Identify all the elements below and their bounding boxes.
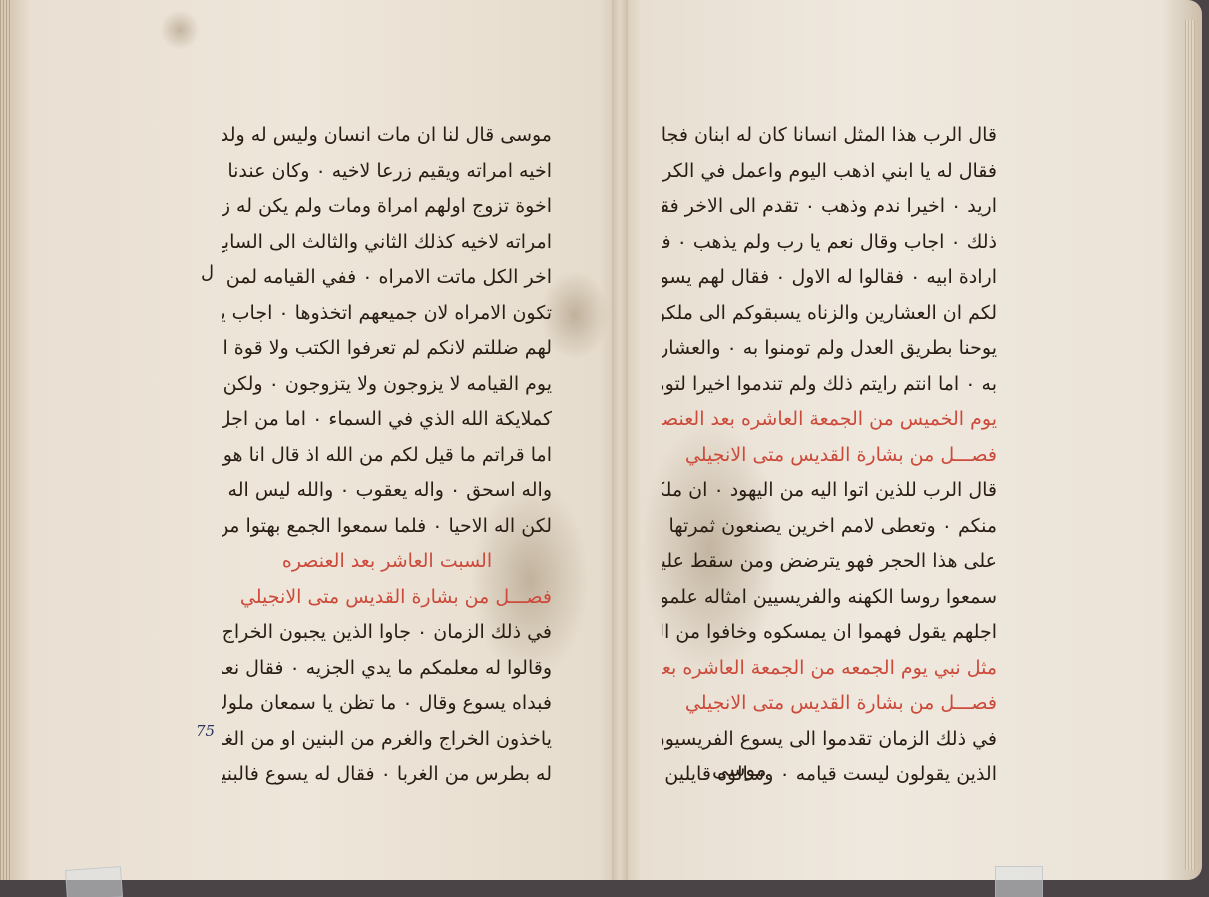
text-line: قال الرب هذا المثل انسانا كان له ابنان ف… [662,118,997,154]
tape-strip [65,866,123,897]
text-line: يوحنا بطريق العدل ولم تومنوا به ۰ والعشا… [662,331,997,367]
text-line: في ذلك الزمان ۰ جاوا الذين يجبون الخراج … [222,615,552,651]
text-line: له بطرس من الغربا ۰ فقال له يسوع فالبنين… [222,757,552,793]
text-line: واله اسحق ۰ واله يعقوب ۰ والله ليس اله ا… [222,473,552,509]
rubric-heading: فصـــل من بشارة القديس متى الانجيلي [662,438,997,474]
tape-strip [995,866,1043,897]
text-line: اخوة تزوج اولهم امراة ومات ولم يكن له زر… [222,189,552,225]
rubric-heading: السبت العاشر بعد العنصره [222,544,552,580]
left-page-text: موسى قال لنا ان مات انسان وليس له ولد فل… [222,118,552,793]
text-line: اخر الكل ماتت الامراه ۰ ففي القيامه لمن … [222,260,552,296]
text-line: فقال له يا ابني اذهب اليوم واعمل في الكر… [662,154,997,190]
text-line: لهم ضللتم لانكم لم تعرفوا الكتب ولا قوة … [222,331,552,367]
text-line: اجلهم يقول فهموا ان يمسكوه وخافوا من الج… [662,615,997,651]
text-line: يوم القيامه لا يزوجون ولا يتزوجون ۰ ولكن… [222,367,552,403]
text-line: اما قراتم ما قيل لكم من الله اذ قال انا … [222,438,552,474]
page-edge [0,0,12,880]
text-line: على هذا الحجر فهو يترضض ومن سقط عليه ذرا… [662,544,997,580]
text-line: اريد ۰ اخيرا ندم وذهب ۰ تقدم الى الاخر ف… [662,189,997,225]
text-line: لكن اله الاحيا ۰ فلما سمعوا الجمع بهتوا … [222,509,552,545]
manuscript-spread: موسى قال لنا ان مات انسان وليس له ولد فل… [0,0,1209,897]
book-gutter [612,0,628,880]
right-page-text: قال الرب هذا المثل انسانا كان له ابنان ف… [662,118,997,793]
text-line: ارادة ابيه ۰ فقالوا له الاول ۰ فقال لهم … [662,260,997,296]
margin-note: ل [201,262,214,283]
folio-number: 75 [196,722,215,740]
text-line: لكم ان العشارين والزناه يسبقوكم الى ملكو… [662,296,997,332]
text-line: ذلك ۰ اجاب وقال نعم يا رب ولم يذهب ۰ فمن… [662,225,997,261]
text-line: امراته لاخيه كذلك الثاني والثالث الى الس… [222,225,552,261]
text-line: به ۰ اما انتم رايتم ذلك ولم تندموا اخيرا… [662,367,997,403]
water-stain [160,10,200,50]
text-line: قال الرب للذين اتوا اليه من اليهود ۰ ان … [662,473,997,509]
rubric-heading: فصـــل من بشارة القديس متى الانجيلي [662,686,997,722]
rubric-heading: مثل نبي يوم الجمعه من الجمعة العاشره بعد… [662,651,997,687]
text-line: منكم ۰ وتعطى لامم اخرين يصنعون ثمرتها ۰ … [662,509,997,545]
text-line: سمعوا روسا الكهنه والفريسيين امثاله علمو… [662,580,997,616]
rubric-heading: يوم الخميس من الجمعة العاشره بعد العنصره [662,402,997,438]
text-line: كملايكة الله الذي في السماء ۰ اما من اجل… [222,402,552,438]
text-line: فبداه يسوع وقال ۰ ما تظن يا سمعان ملوك ا… [222,686,552,722]
text-line: في ذلك الزمان تقدموا الى يسوع الفريسيون … [662,722,997,758]
text-line: تكون الامراه لان جميعهم اتخذوها ۰ اجاب ي… [222,296,552,332]
text-line: اخيه امراته ويقيم زرعا لاخيه ۰ وكان عندن… [222,154,552,190]
text-line: ياخذون الخراج والغرم من البنين او من الغ… [222,722,552,758]
text-line: موسى قال لنا ان مات انسان وليس له ولد فل… [222,118,552,154]
page-edge [1185,20,1195,870]
rubric-heading: فصـــل من بشارة القديس متى الانجيلي [222,580,552,616]
text-line: وقالوا له معلمكم ما يدي الجزيه ۰ فقال نع… [222,651,552,687]
catchword: موسى [712,757,766,781]
